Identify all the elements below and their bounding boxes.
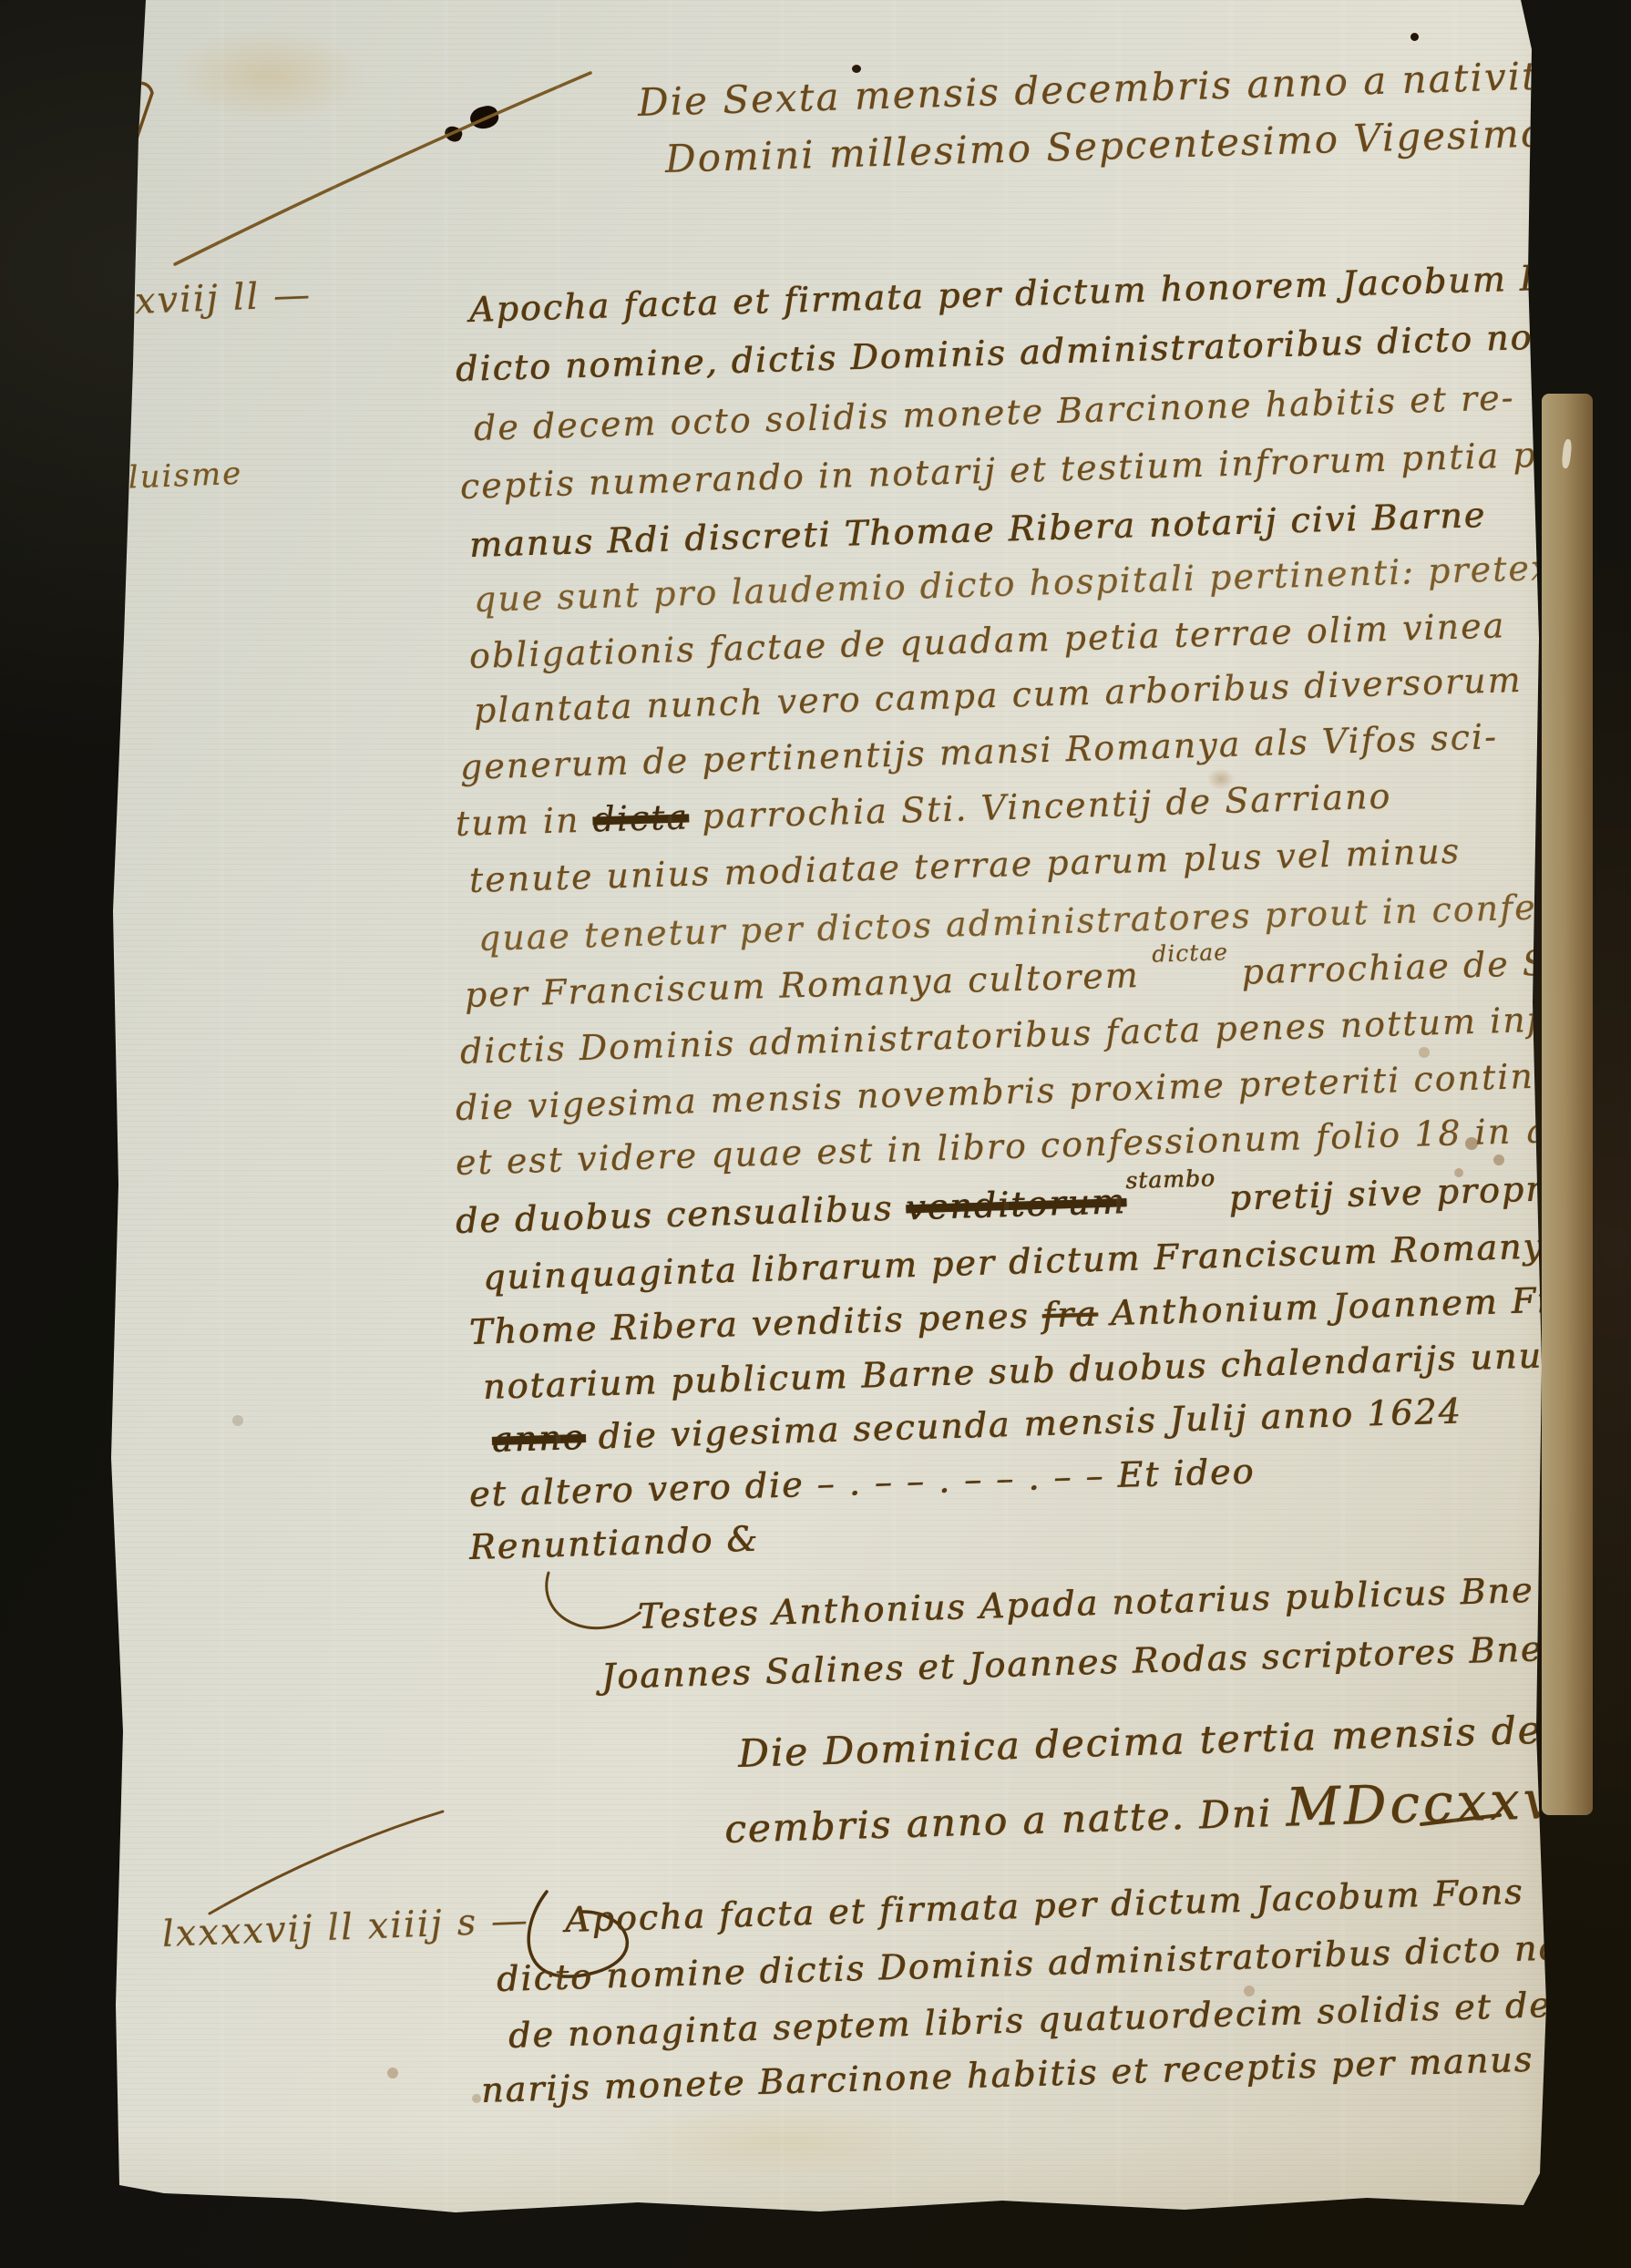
paper-stain [538,2087,1030,2196]
line-text: cembris anno a natte. Dni [723,1791,1287,1852]
pen-flourishes [0,0,1631,2268]
inserted-word: dictae [1152,939,1229,967]
manuscript-line: Apocha facta et firmata per dictum honor… [468,256,1610,330]
manuscript-line: dicto nomine dictis Dominis administrato… [496,1926,1596,1999]
manuscript-line: quae tenetur per dictos administratores … [477,884,1631,959]
dateline-second-line2: cembris anno a natte. Dni MDccxxvj [723,1768,1577,1855]
manuscript-line: Thome Ribera venditis penes fra Anthoniu… [468,1279,1588,1352]
foxing-specks [0,0,5,5]
manuscript-line: obligationis factae de quadam petia terr… [468,605,1506,676]
line-text: de duobus censualibus [455,1187,907,1241]
manuscript-line: notarium publicum Barne sub duobus chale… [482,1334,1577,1407]
manuscript-line: ceptis numerando in notarij et testium i… [459,434,1578,507]
manuscript-line: et altero vero die – . – – . – – . – – E… [468,1451,1256,1514]
manuscript-photo: xviij ll — lluisme lxxxxvij ll xiiij s —… [0,0,1631,2268]
inserted-word: stambo [1125,1165,1216,1194]
margin-lluisme-note: lluisme [116,456,243,497]
struck-word: anno [491,1417,586,1460]
ink-dot [1410,33,1419,41]
manuscript-line: die vigesima mensis novembris proxime pr… [455,1053,1615,1128]
page-edge-highlight [1542,394,1593,1815]
manuscript-line: et est videre quae est in libro confessi… [455,1108,1609,1183]
dateline-second-line1: Die Dominica decima tertia mensis de- [737,1707,1557,1776]
manuscript-line: manus Rdi discreti Thomae Ribera notarij… [468,495,1486,565]
dateline-first-line2: Domini millesimo Sepcentesimo Vigesimo S… [664,107,1631,181]
manuscript-line: per Franciscum Romanya cultorem dictae p… [464,939,1631,1015]
roman-year-numeral: MDccxxvj [1285,1768,1577,1838]
line-text: tum in [455,800,593,844]
struck-word: venditorum [906,1181,1127,1227]
manuscript-line: Apocha facta et firmata per dictum Jacob… [564,1872,1524,1940]
line-text: Thome Ribera venditis penes [468,1295,1042,1352]
manuscript-page: xviij ll — lluisme lxxxxvij ll xiiij s —… [0,0,1631,2268]
ink-dot [852,65,861,73]
margin-amount-note: xviij ll — [134,274,313,323]
manuscript-line: tenute unius modiatae terrae parum plus … [468,831,1461,900]
line-text: die vigesima secunda mensis Julij anno 1… [585,1391,1463,1457]
manuscript-line: anno die vigesima secunda mensis Julij a… [491,1391,1462,1460]
manuscript-line: de nonaginta septem libris quatuordecim … [508,1980,1631,2056]
witnesses-line: Joannes Salines et Joannes Rodas scripto… [600,1628,1544,1697]
witnesses-line: Testes Anthonius Apada notarius publicus… [637,1570,1534,1637]
manuscript-line: dicto nomine, dictis Dominis administrat… [455,316,1568,389]
line-text: per Franciscum Romanya cultorem [464,955,1153,1015]
manuscript-line: quinquaginta librarum per dictum Francis… [482,1221,1631,1298]
margin-amount-note: lxxxxvij ll xiiij s — [161,1900,530,1955]
manuscript-line: narijs monete Barcinone habitis et recep… [480,2037,1611,2110]
dateline-first-line1: Die Sexta mensis decembris anno a nativi… [637,52,1605,125]
struck-word: dicta [592,796,690,839]
paper-stain [1201,764,1241,795]
line-text: parrochia Sti. Vincentij de Sarriano [688,776,1391,837]
line-text: Anthonium Joannem Fita [1097,1279,1589,1334]
manuscript-line: Renuntiando & [468,1519,759,1567]
ink-blot [468,104,501,132]
manuscript-line: plantata nunch vero campa cum arboribus … [473,660,1523,731]
ink-blot [443,124,464,144]
manuscript-line: generum de pertinentijs mansi Romanya al… [459,716,1498,787]
manuscript-line: de decem octo solidis monete Barcinone h… [473,377,1515,448]
paper-stain [128,7,410,144]
manuscript-line: tum in dicta parrochia Sti. Vincentij de… [455,776,1392,844]
manuscript-line: de duobus censualibus venditorumstambo p… [455,1165,1631,1241]
manuscript-line: dictis Dominis administratoribus facta p… [459,997,1619,1072]
struck-word: fra [1041,1294,1098,1336]
manuscript-line: que sunt pro laudemio dicto hospitali pe… [473,541,1631,620]
